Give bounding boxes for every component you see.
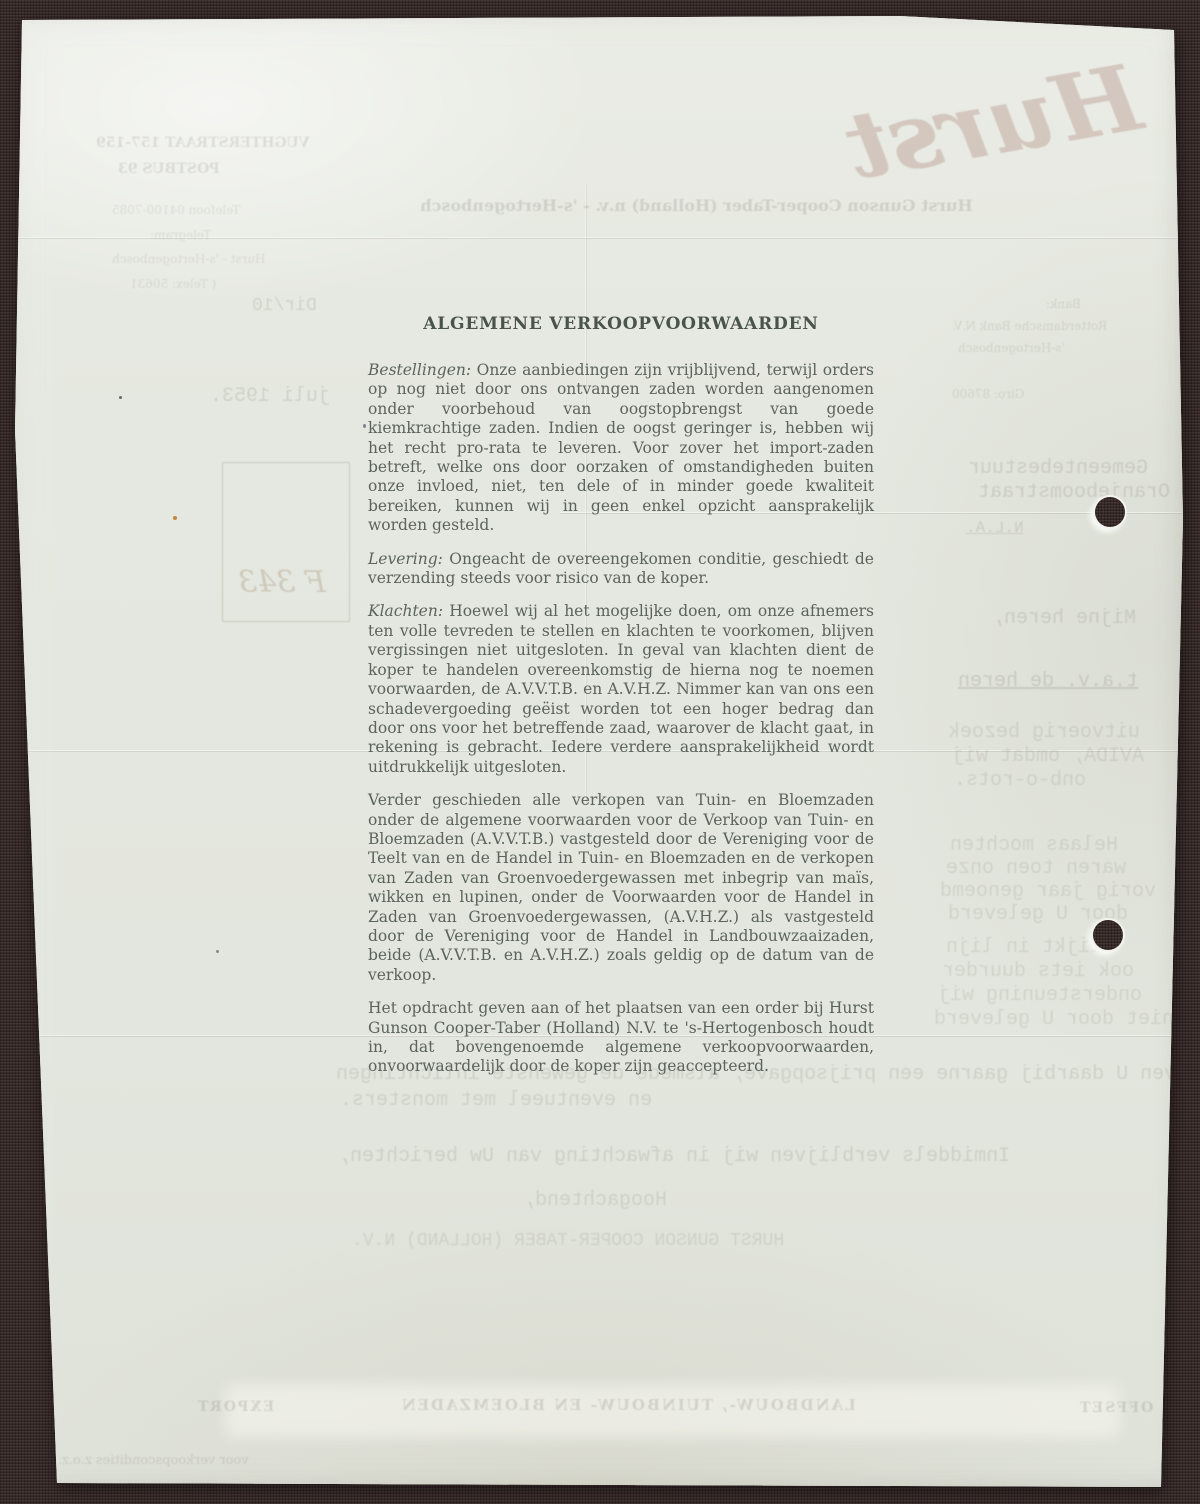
ghost-tav: t.a.v. de heren [958, 671, 1138, 693]
ghost-addr-3: N.L.A. [966, 520, 1024, 538]
ghost-closing-4: Hoogachtend, [523, 1190, 667, 1212]
ghost-line-c1: lijkt in lijn [946, 937, 1102, 959]
ghost-footer-export: EXPORT [196, 1400, 274, 1415]
paragraph-text: Ongeacht de overeengekomen conditie, ges… [368, 550, 874, 587]
paragraph-label: Klachten: [368, 602, 443, 620]
ghost-footer-note: voor verkoopscondities z.o.z. [58, 1454, 249, 1468]
ghost-line-a2: AVIDA, omdat wij [952, 746, 1144, 768]
punch-hole-bottom [1093, 920, 1123, 950]
ghost-closing-3: Inmiddels verblijven wij in afwachting v… [338, 1146, 1010, 1168]
ghost-signature-hurst: Hurst [838, 47, 1148, 198]
ghost-telegram: Telegram: [150, 229, 211, 242]
ghost-stamp-box [222, 462, 350, 622]
ghost-bank-name: Rotterdamsche Bank N.V. [952, 320, 1107, 333]
scan-background: { "document": { "title": "ALGEMENE VERKO… [0, 0, 1200, 1504]
ghost-bank-label: Bank: [1046, 298, 1081, 311]
ghost-bank-city: 's-Hertogenbosch [958, 342, 1065, 355]
ghost-postbus: POSTBUS 93 [118, 162, 220, 177]
paragraph-opdracht: Het opdracht geven aan of het plaatsen v… [368, 999, 874, 1077]
terms-column: ALGEMENE VERKOOPVOORWAARDEN Bestellingen… [368, 314, 874, 1091]
ghost-line-a1: uitvoerig bezoek [948, 722, 1140, 744]
ghost-company: HURST GUNSON COOPER-TABER (HOLLAND) N.V. [352, 1232, 784, 1252]
ghost-salutation: Mijne heren, [992, 608, 1136, 630]
ghost-telex: ( Telex: 50631 [130, 278, 216, 291]
ghost-footer-center: LANDBOUW-, TUINBOUW- EN BLOEMZADEN [400, 1397, 856, 1414]
fold-crease-top [18, 237, 1182, 240]
ghost-line-a3: onb-o-rots. [954, 770, 1086, 792]
paper-wrap: HurstHurst Gunson Cooper-Taber (Holland)… [0, 0, 1200, 1504]
paragraph-bestellingen: Bestellingen: Onze aanbiedingen zijn vri… [368, 361, 874, 536]
paragraph-text: Onze aanbiedingen zijn vrijblijvend, ter… [368, 361, 874, 534]
ghost-telegram-name: Hurst - 's-Hertogenbosch [112, 253, 265, 266]
paragraph-label: Bestellingen: [368, 361, 471, 379]
ghost-line-c3: ondersteuning wij [938, 985, 1142, 1007]
ghost-stamp-value: F 343 [238, 566, 326, 599]
paragraph-text: Hoewel wij al het mogelijke doen, om onz… [368, 602, 874, 775]
paragraph-verkopen: Verder geschieden alle verkopen van Tuin… [368, 791, 874, 985]
ghost-telefoon: Telefoon 04100-7085 [112, 204, 240, 217]
footer-light-band [225, 1384, 1120, 1438]
ghost-line-b3: vorig jaar genoemd [940, 881, 1156, 903]
ghost-street: VUGHTERSTRAAT 157-159 [96, 136, 310, 151]
paper-sheet: HurstHurst Gunson Cooper-Taber (Holland)… [0, 0, 1200, 1504]
paper-speck [363, 424, 366, 428]
ghost-line-b1: Helaas mochten [950, 835, 1118, 857]
paragraph-text: Het opdracht geven aan of het plaatsen v… [368, 999, 874, 1075]
ghost-giro: Giro: 87600 [952, 388, 1024, 401]
paragraph-label: Levering: [368, 550, 443, 568]
ghost-line-b2: waren toen onze [946, 858, 1126, 880]
paragraph-levering: Levering: Ongeacht de overeengekomen con… [368, 550, 874, 589]
ghost-line-c4: niet door U geleverd [934, 1009, 1174, 1031]
paper-speck [216, 950, 219, 953]
paper-speck [119, 396, 122, 399]
ghost-addr-1: Gemeentebestuur [968, 458, 1148, 480]
ghost-dir: Dir/10 [252, 297, 317, 317]
ghost-letterhead: Hurst Gunson Cooper-Taber (Holland) n.v.… [420, 197, 973, 215]
paragraph-text: Verder geschieden alle verkopen van Tuin… [368, 791, 874, 984]
ghost-footer-offset: OFFSET [1078, 1401, 1153, 1416]
paper-speck [173, 516, 177, 520]
paragraph-klachten: Klachten: Hoewel wij al het mogelijke do… [368, 602, 874, 777]
page-title: ALGEMENE VERKOOPVOORWAARDEN [368, 314, 874, 334]
punch-hole-top [1095, 497, 1125, 527]
ghost-line-c2: ook iets duurder [942, 961, 1134, 983]
ghost-addr-2: Oranjeboomstraat [978, 482, 1170, 504]
ghost-closing-2: en eventueel met monsters. [340, 1090, 652, 1112]
ghost-date: juli 1953. [210, 386, 330, 408]
